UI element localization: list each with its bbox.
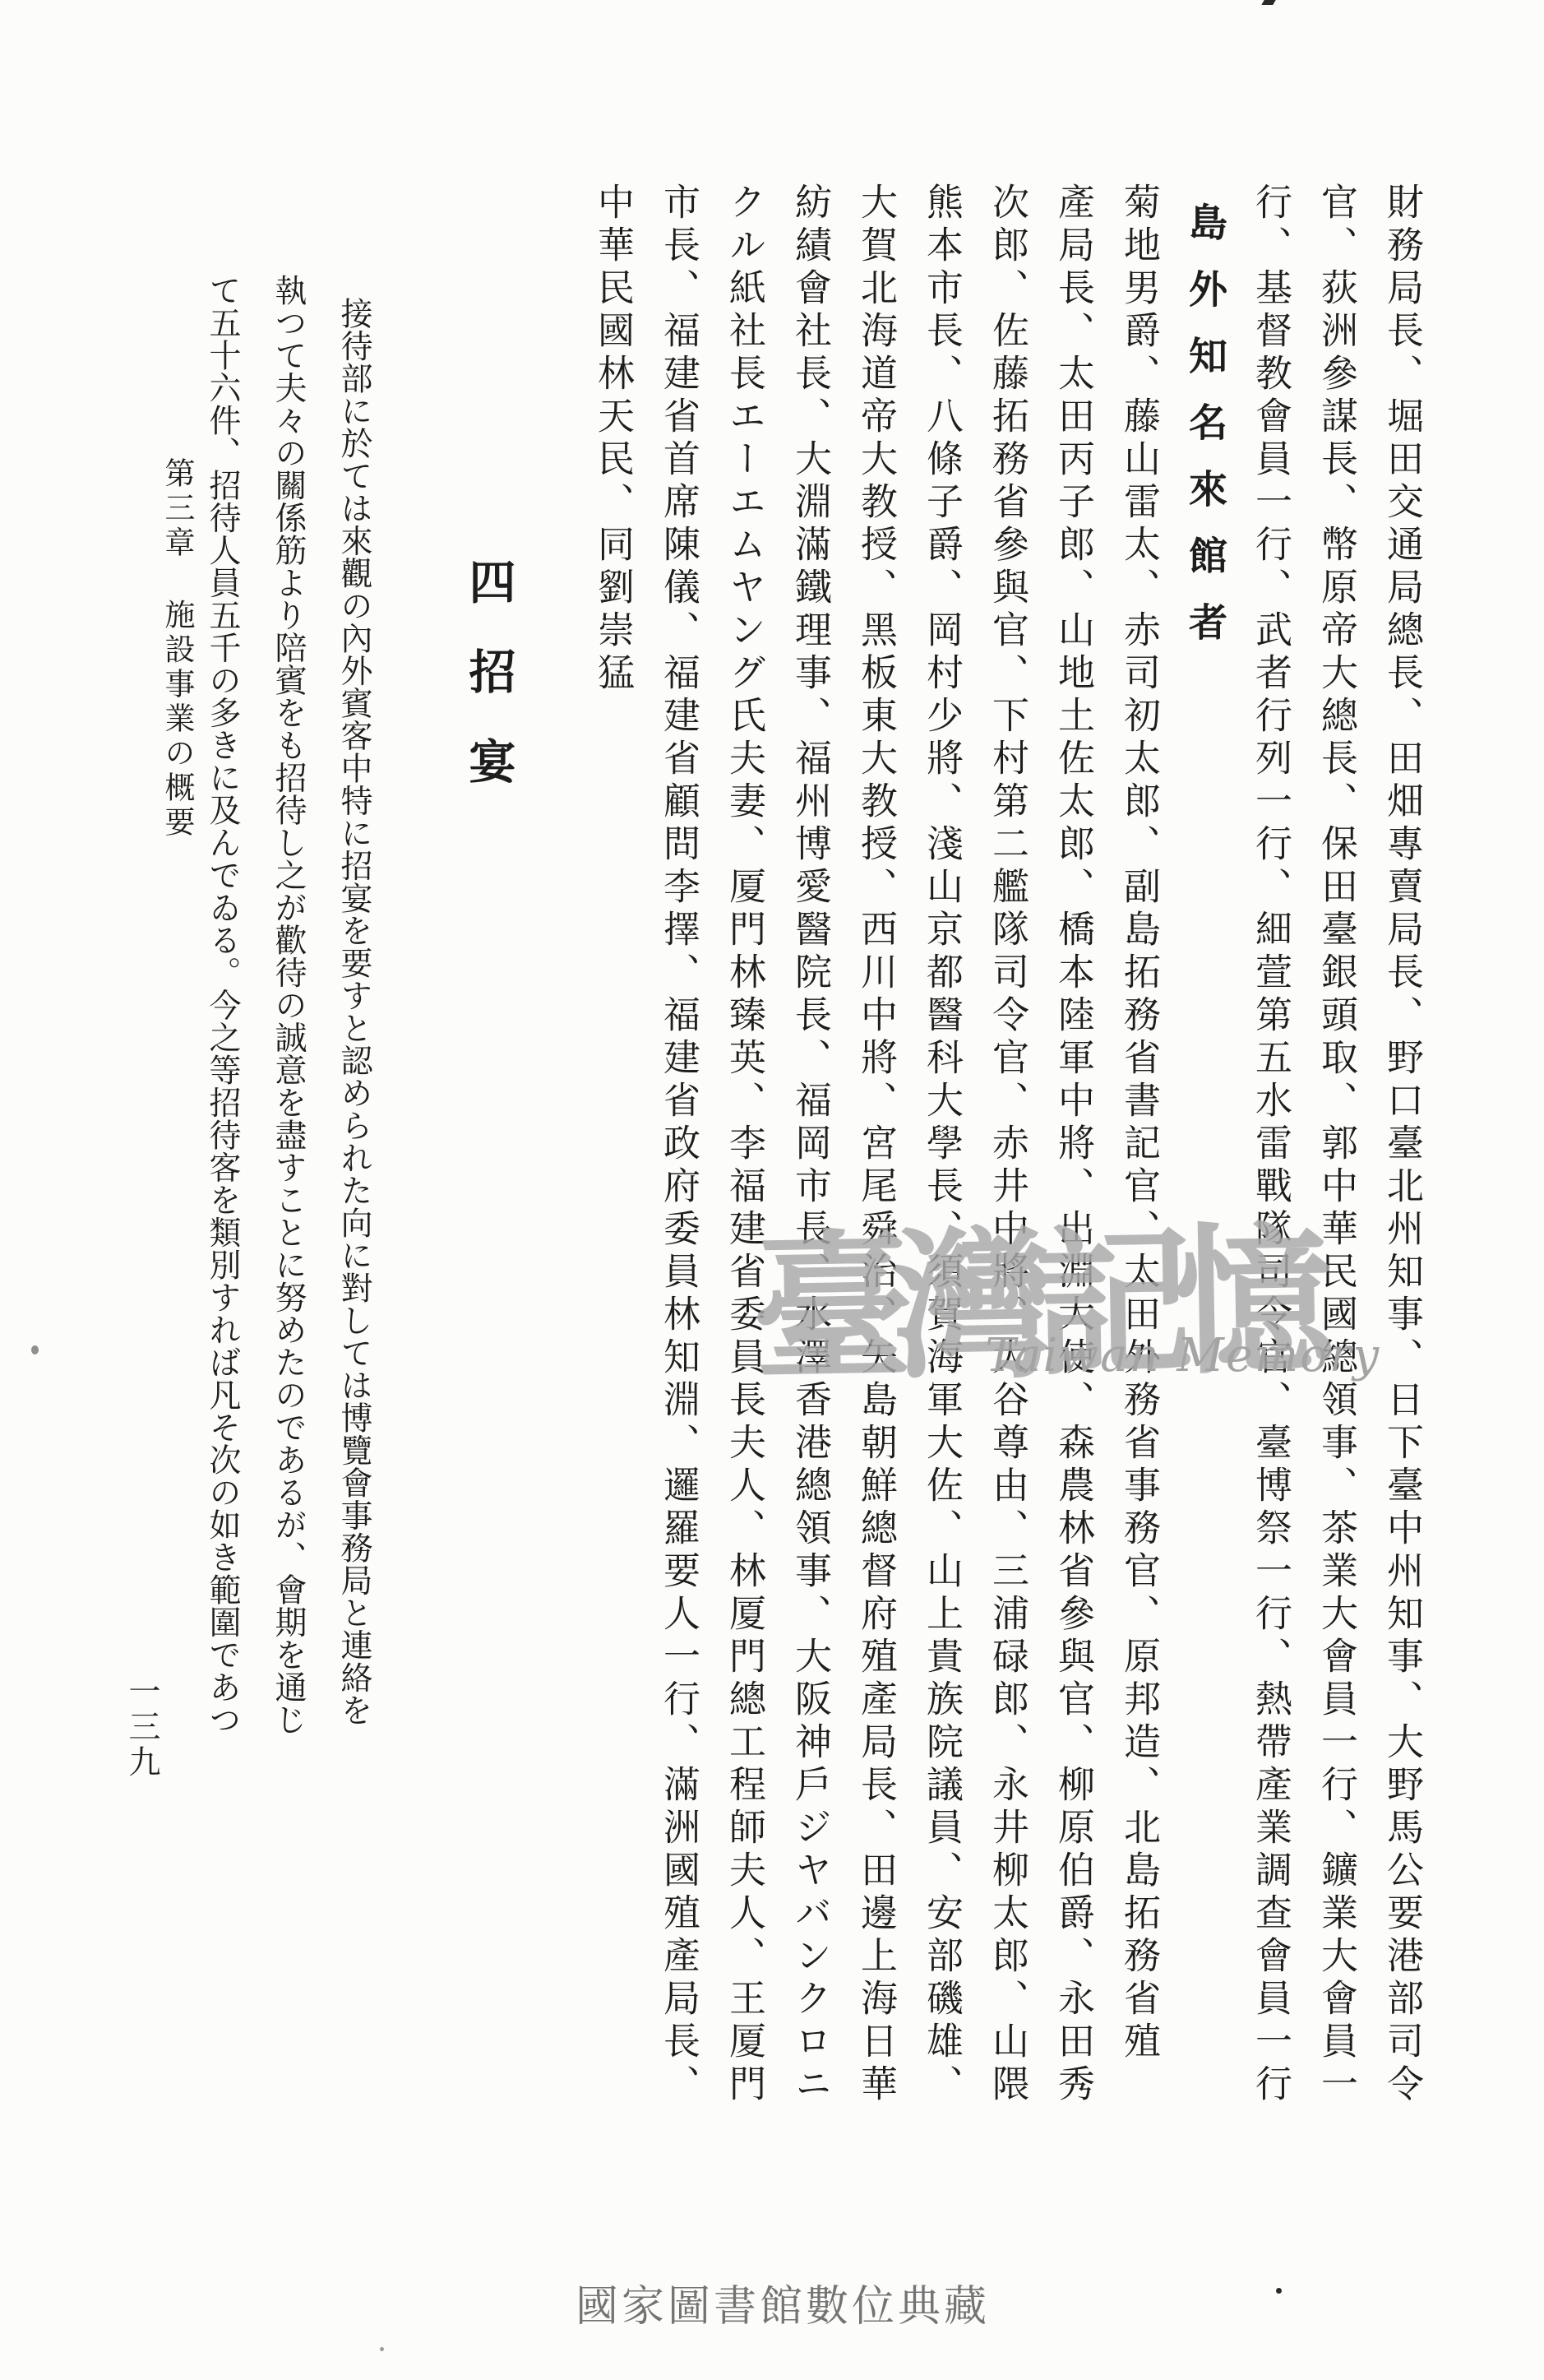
section-heading: 四招宴: [457, 558, 518, 903]
scan-speck: [380, 2347, 384, 2351]
scan-speck: [31, 1345, 39, 1354]
chapter-number: 第三章: [159, 457, 193, 561]
taiwan-memory-watermark-cjk: 臺灣記憶: [751, 1197, 1321, 1421]
text-column: 財務局長、堀田交通局總長、田畑專賣局長、野口臺北州知事、日下臺中州知事、大野馬公…: [1369, 183, 1435, 2255]
paragraph-column: 接待部に於ては來觀の內外賓客中特に招宴を要すと認められた向に對しては博覽會事務局…: [321, 274, 386, 1795]
taiwan-memory-watermark-latin: Taiwan Memory: [985, 1329, 1380, 1382]
page-number: 一三九: [120, 1674, 163, 1806]
library-digital-archive-mark: 國家圖書館數位典藏: [576, 2271, 990, 2333]
text-column: 中華民國林天民、同劉崇猛: [580, 183, 645, 2255]
scanned-book-page: 財務局長、堀田交通局總長、田畑專賣局長、野口臺北州知事、日下臺中州知事、大野馬公…: [0, 0, 1544, 2380]
paragraph-column: て五十六件、招待人員五千の多きに及んでゐる。今之等招待客を類別すれば凡そ次の如き…: [189, 274, 255, 1795]
paragraph-block: 接待部に於ては來觀の內外賓客中特に招宴を要すと認められた向に對しては博覽會事務局…: [189, 274, 386, 1795]
scan-speck: [1276, 2288, 1282, 2294]
scan-speck: [1261, 0, 1275, 5]
paragraph-column: 執つて夫々の關係筋より陪賓をも招待し之が歡待の誠意を盡すことに努めたのであるが、…: [255, 274, 321, 1795]
chapter-title: 施設事業の概要: [153, 599, 199, 840]
running-header: 第三章施設事業の概要: [153, 457, 199, 918]
text-column: 市長、福建省首席陳儀、福建省顧問李擇、福建省政府委員林知淵、邏羅要人一行、滿洲國…: [645, 183, 711, 2255]
